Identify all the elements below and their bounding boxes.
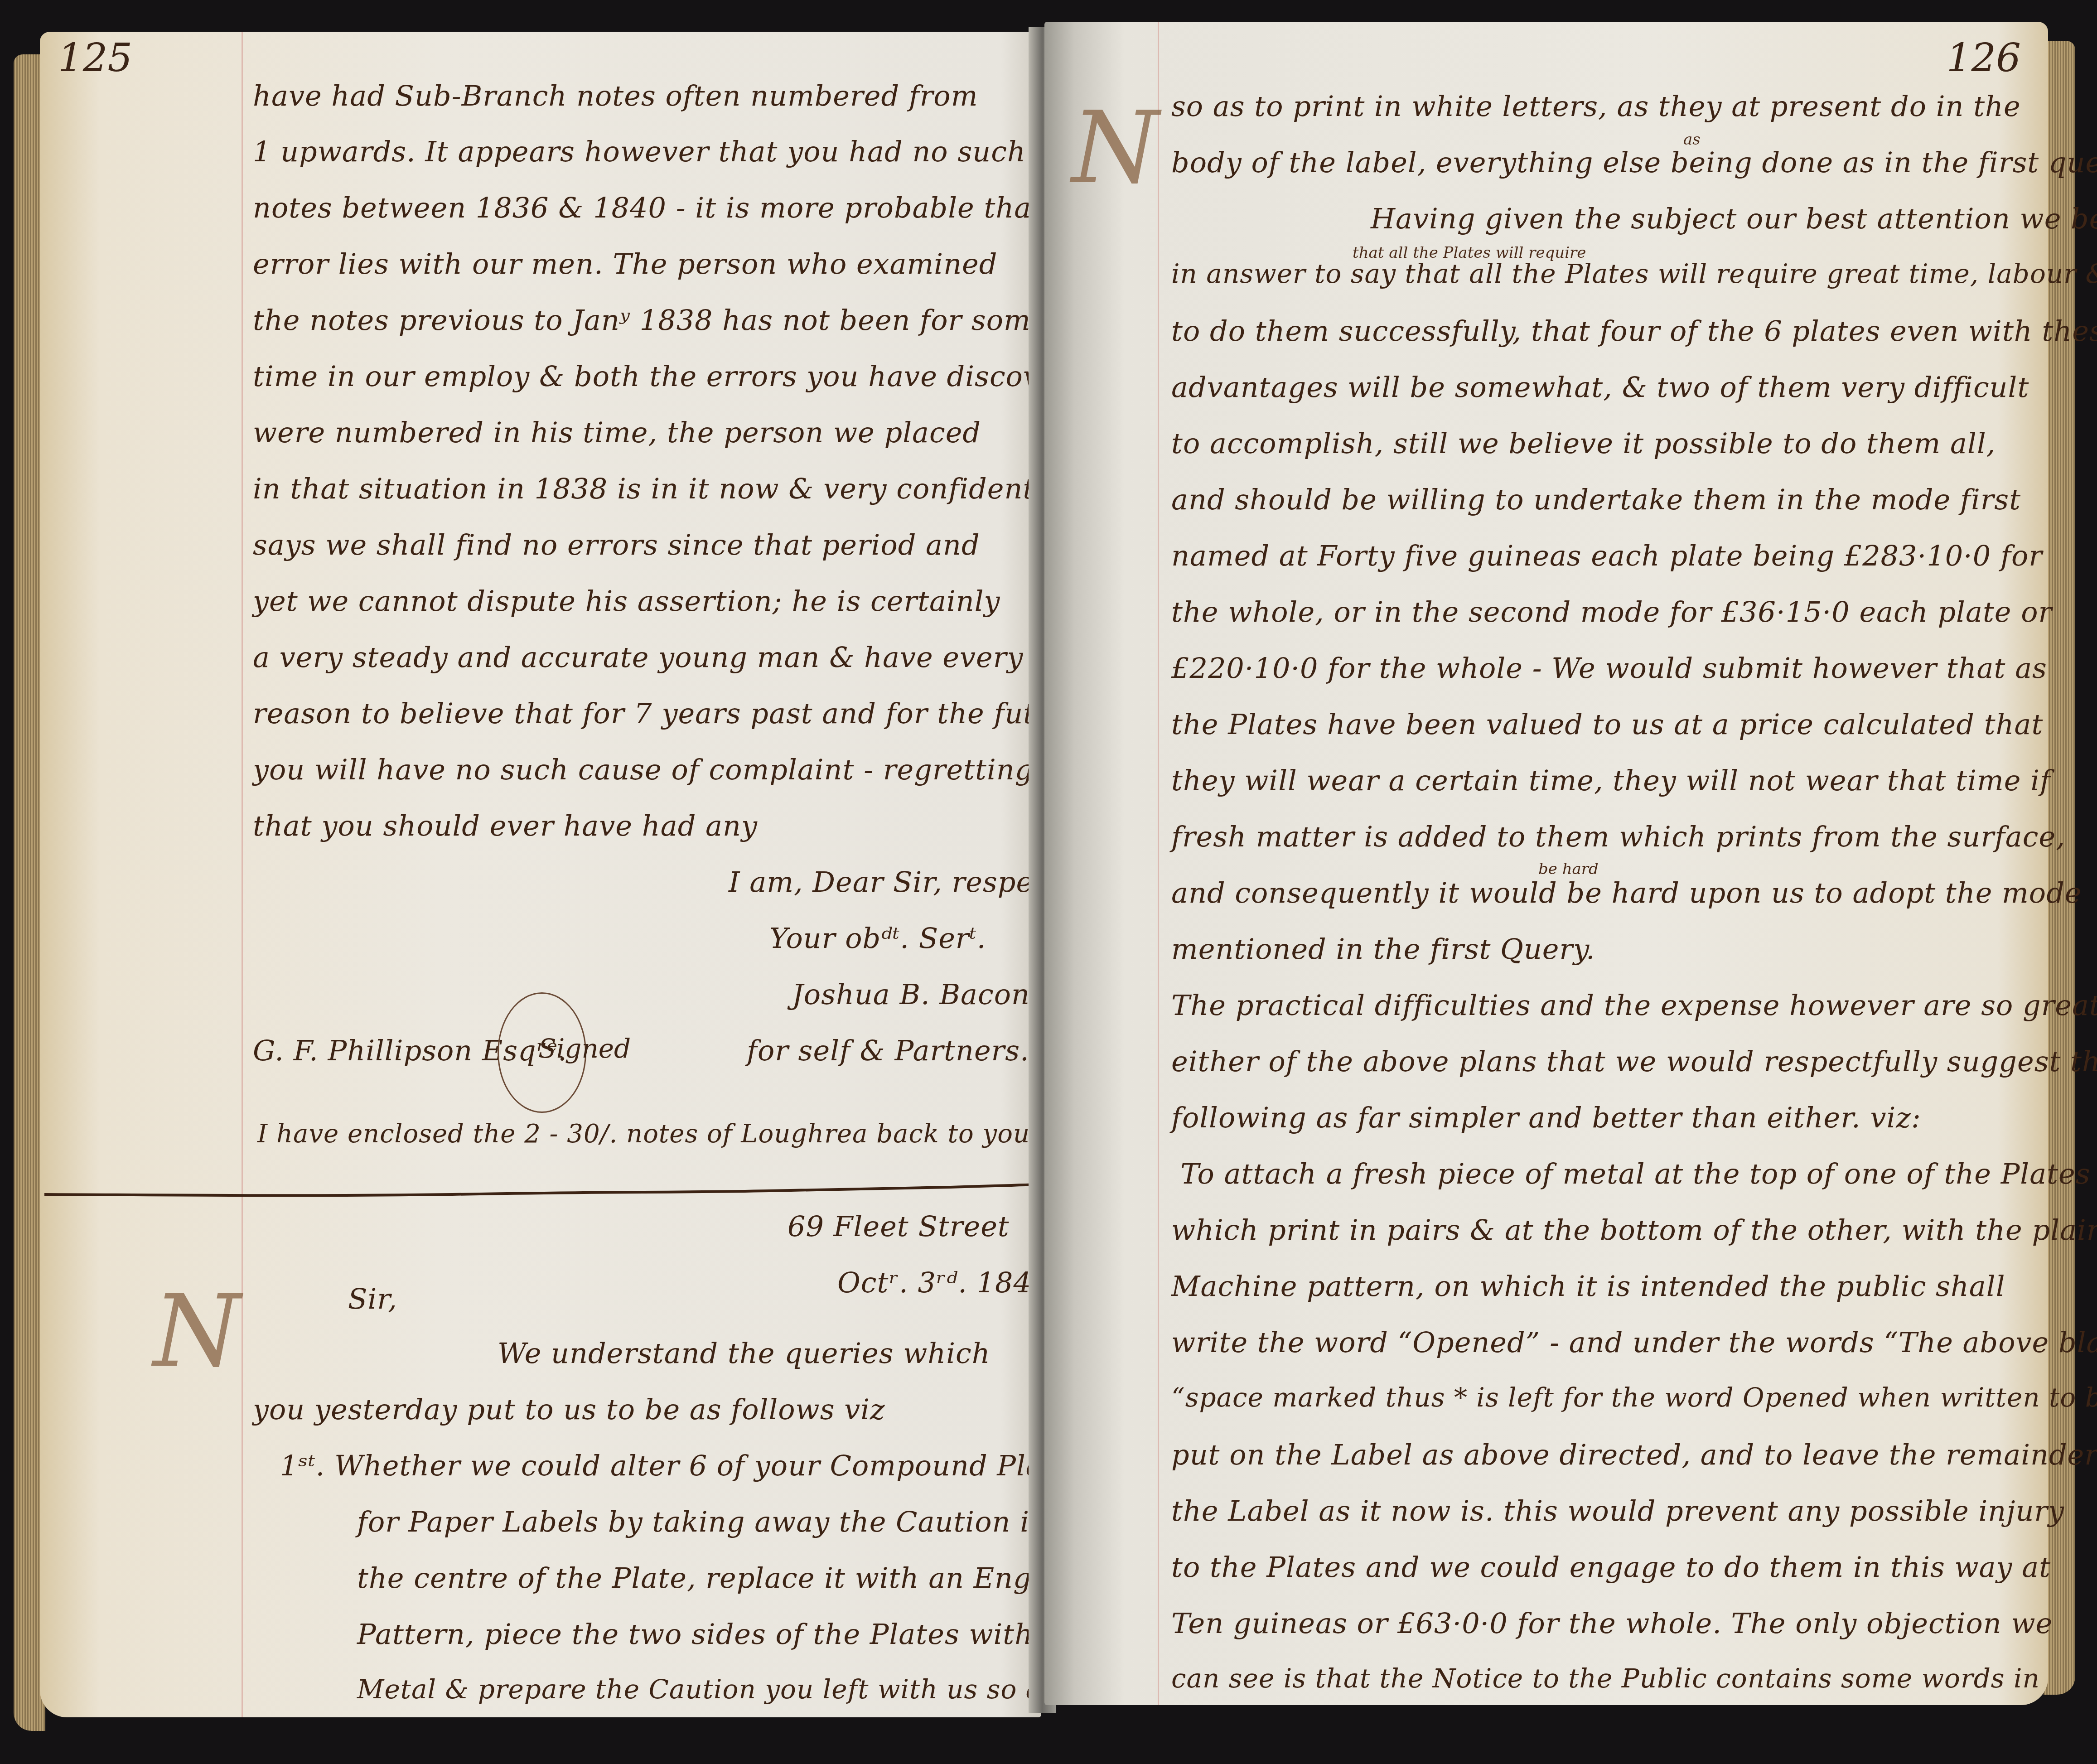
text-line: you yesterday put to us to be as follows… — [253, 1393, 885, 1426]
text-line: To attach a fresh piece of metal at the … — [1180, 1157, 2091, 1190]
margin-check-mark: N — [1072, 90, 1159, 206]
seal-label: Signed — [538, 1033, 631, 1064]
closing-line: Your obᵈᵗ. Serᵗ. — [769, 922, 986, 955]
for-partners-line: for self & Partners. — [747, 1034, 1029, 1067]
text-line: in that situation in 1838 is in it now &… — [253, 472, 1060, 505]
text-line: Ten guineas or £63·0·0 for the whole. Th… — [1171, 1607, 2053, 1640]
text-line: you will have no such cause of complaint… — [253, 753, 1033, 786]
query-line: 1ˢᵗ. Whether we could alter 6 of your Co… — [280, 1449, 1087, 1482]
text-line: to the Plates and we could engage to do … — [1171, 1551, 2051, 1584]
section-divider-line — [44, 1183, 1041, 1201]
text-line: Having given the subject our best attent… — [1371, 202, 2097, 235]
text-line: advantages will be somewhat, & two of th… — [1171, 371, 2029, 404]
margin-check-mark: N — [153, 1273, 241, 1389]
text-line: The practical difficulties and the expen… — [1171, 989, 2097, 1022]
text-line: says we shall find no errors since that … — [253, 528, 980, 561]
text-line: 1 upwards. It appears however that you h… — [253, 135, 1026, 168]
text-line: error lies with our men. The person who … — [253, 247, 997, 280]
query-line: for Paper Labels by taking away the Caut… — [357, 1505, 1048, 1538]
text-line: reason to believe that for 7 years past … — [253, 697, 1085, 730]
interlinear-insertion: be hard — [1538, 860, 1599, 878]
query-line: Metal & prepare the Caution you left wit… — [357, 1674, 1056, 1705]
text-line: We understand the queries which — [498, 1337, 991, 1370]
query-line: Pattern, piece the two sides of the Plat… — [357, 1618, 1103, 1651]
text-line: the whole, or in the second mode for £36… — [1171, 595, 2052, 628]
text-line: and should be willing to undertake them … — [1171, 483, 2021, 516]
text-line: mentioned in the first Query. — [1171, 933, 1595, 966]
postscript: I have enclosed the 2 - 30/. notes of Lo… — [257, 1119, 1111, 1149]
margin-rule — [242, 32, 243, 1717]
sender-address: 69 Fleet Street — [788, 1210, 1010, 1243]
text-line: Machine pattern, on which it is intended… — [1171, 1270, 2005, 1303]
text-line: “space marked thus * is left for the wor… — [1171, 1382, 2097, 1413]
text-line: to accomplish, still we believe it possi… — [1171, 427, 1996, 460]
closing-line: I am, Dear Sir, respecᵗʸ — [729, 865, 1067, 899]
page-number: 126 — [1947, 35, 2021, 81]
text-line: they will wear a certain time, they will… — [1171, 764, 2051, 797]
text-line: time in our employ & both the errors you… — [253, 360, 1106, 393]
text-line: that you should ever have had any — [253, 809, 758, 842]
text-line: in answer to say that all the Plates wil… — [1171, 258, 2097, 289]
text-line: notes between 1836 & 1840 - it is more p… — [253, 191, 1100, 224]
open-ledger: 125 have had Sub-Branch notes often numb… — [0, 0, 2097, 1764]
text-line: body of the label, everything else being… — [1171, 146, 2097, 179]
text-line: the Label as it now is. this would preve… — [1171, 1494, 2064, 1527]
text-line: a very steady and accurate young man & h… — [253, 641, 1023, 674]
text-line: the notes previous to Janʸ 1838 has not … — [253, 304, 1048, 337]
text-line: have had Sub-Branch notes often numbered… — [253, 79, 978, 112]
text-line: and consequently it would be hard upon u… — [1171, 876, 2082, 909]
text-line: to do them successfully, that four of th… — [1171, 314, 2097, 348]
page-number: 125 — [58, 35, 132, 81]
left-page: 125 have had Sub-Branch notes often numb… — [40, 32, 1041, 1717]
query-line: the centre of the Plate, replace it with… — [357, 1561, 1077, 1595]
text-line: £220·10·0 for the whole - We would submi… — [1171, 652, 2047, 685]
text-line: were numbered in his time, the person we… — [253, 416, 981, 449]
text-line: can see is that the Notice to the Public… — [1171, 1663, 2040, 1694]
text-line: the Plates have been valued to us at a p… — [1171, 708, 2043, 741]
text-line: either of the above plans that we would … — [1171, 1045, 2097, 1078]
text-line: so as to print in white letters, as they… — [1171, 90, 2021, 123]
text-line: which print in pairs & at the bottom of … — [1171, 1213, 2097, 1247]
signatory-name: Joshua B. Bacon — [792, 978, 1030, 1011]
salutation: Sir, — [348, 1282, 397, 1315]
text-line: named at Forty five guineas each plate b… — [1171, 539, 2043, 572]
text-line: write the word “Opened” - and under the … — [1171, 1326, 2097, 1359]
right-page: 126 N so as to print in white letters, a… — [1044, 22, 2048, 1705]
margin-rule — [1158, 22, 1159, 1705]
letter-date: Octʳ. 3ʳᵈ. 1844. — [837, 1266, 1059, 1299]
text-line: fresh matter is added to them which prin… — [1171, 820, 2065, 853]
text-line: yet we cannot dispute his assertion; he … — [253, 585, 1000, 618]
text-line: put on the Label as above directed, and … — [1171, 1438, 2097, 1471]
text-line: following as far simpler and better than… — [1171, 1101, 1921, 1134]
